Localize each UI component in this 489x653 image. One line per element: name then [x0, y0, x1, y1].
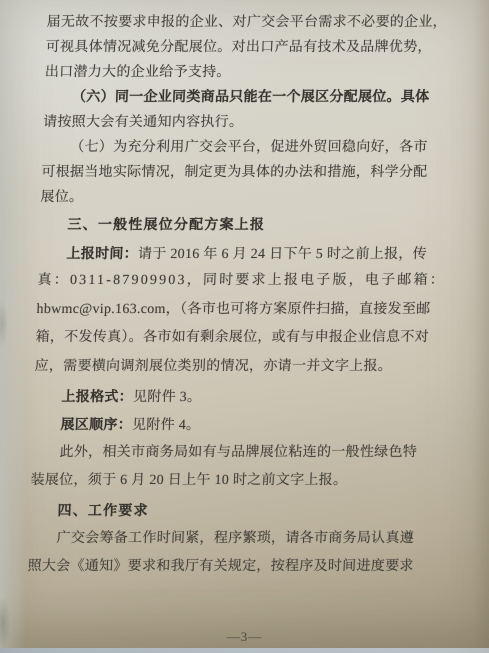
desk-surface-edge [0, 648, 489, 653]
item-six-line: （六）同一企业同类商品只能在一个展区分配展位。具体 [44, 85, 475, 110]
document-text-block: 届无故不按要求申报的企业、对广交会平台需求不必要的企业， 可视具体情况减免分配展… [27, 10, 477, 582]
field-label: 上报格式： [61, 388, 133, 404]
document-line: 可根据当地实际情况，制定更为具体的办法和措施，科学分配 [41, 160, 472, 185]
section-heading-4: 四、工作要求 [29, 496, 460, 525]
document-line: 箱，不发传真）。各市如有剩余展位，或有与申报企业信息不对 [35, 324, 466, 353]
field-value: 见附件 3。 [133, 390, 202, 405]
page-number: —3— [0, 629, 489, 645]
section-heading-3: 三、一般性展位分配方案上报 [39, 210, 470, 239]
field-line-report-format: 上报格式：见附件 3。 [33, 382, 464, 411]
field-value: 请于 2016 年 6 月 24 日下午 5 时之前上报，传 [138, 247, 428, 262]
document-line: 装展位，须于 6 月 20 日上午 10 时之前文字上报。 [30, 467, 461, 496]
fax-line: 真：0311-87909903，同时要求上报电子版，电子邮箱： [37, 267, 468, 296]
document-line: 可视具体情况减免分配展位。对出口产品有技术及品牌优势， [45, 35, 476, 60]
field-line-zone-order: 展区顺序：见附件 4。 [32, 410, 463, 439]
field-value: 见附件 4。 [132, 418, 201, 433]
document-page-photo: 届无故不按要求申报的企业、对广交会平台需求不必要的企业， 可视具体情况减免分配展… [0, 0, 489, 653]
document-line: 广交会筹备工作时间紧，程序繁琐，请各市商务局认真遵 [28, 525, 459, 554]
item-seven-line: （七）为充分利用广交会平台，促进外贸回稳向好，各市 [42, 135, 473, 160]
document-line: 照大会《通知》要求和我厅有关规定，按程序及时间进度要求 [27, 553, 458, 582]
document-line: 此外，相关市商务局如有与品牌展位粘连的一般性绿色特 [31, 439, 462, 468]
document-line: 展位。 [40, 185, 471, 210]
field-line-report-time: 上报时间：请于 2016 年 6 月 24 日下午 5 时之前上报，传 [38, 239, 469, 268]
left-edge-smudge [0, 292, 10, 356]
email-line: hbwmc@vip.163.com，（各市也可将方案原件扫描，直接发至邮 [36, 296, 467, 325]
document-line: 应，需要横向调剂展位类别的情况，亦请一并文字上报。 [34, 353, 465, 382]
document-line: 出口潜力大的企业给予支持。 [44, 60, 475, 85]
document-line: 届无故不按要求申报的企业、对广交会平台需求不必要的企业， [46, 10, 477, 35]
document-line: 请按照大会有关通知内容执行。 [43, 110, 474, 135]
field-label: 上报时间： [66, 245, 138, 261]
field-label: 展区顺序： [60, 416, 132, 432]
